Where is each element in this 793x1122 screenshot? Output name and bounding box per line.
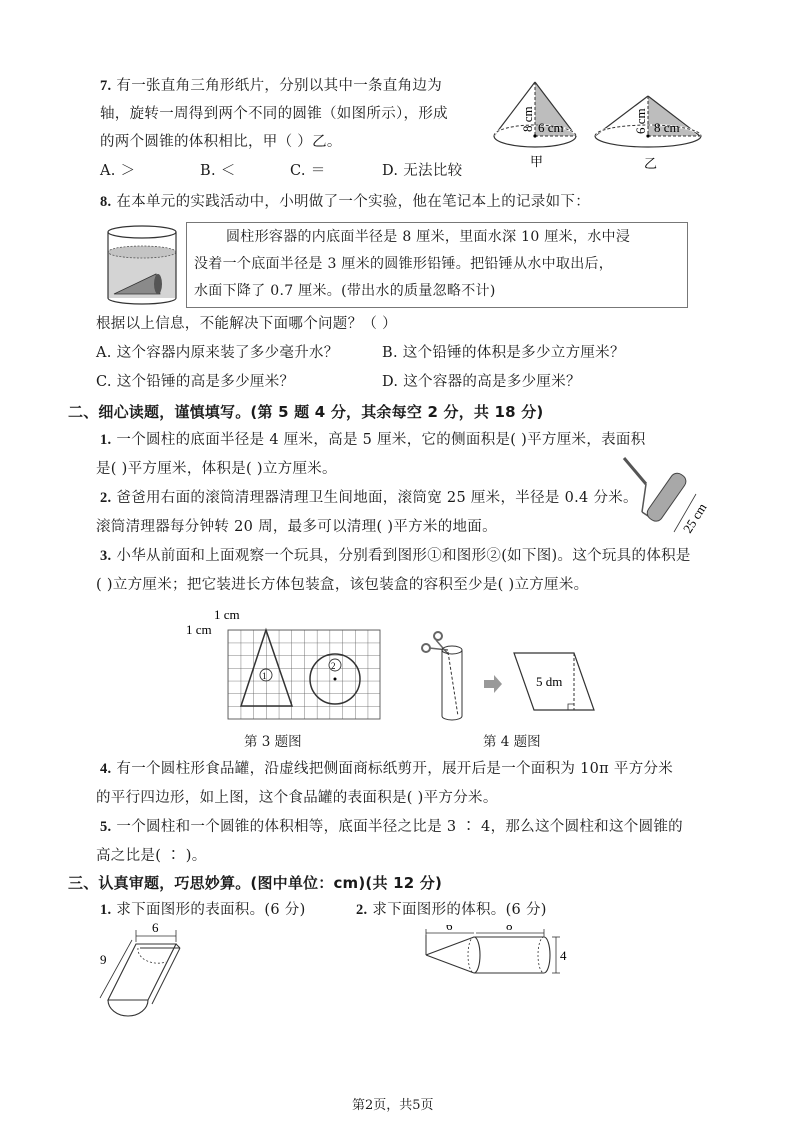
s2-q3-line-2: ( )立方厘米；把它装进长方体包装盒，该包装盒的容积至少是( )立方厘米。 bbox=[96, 575, 588, 595]
svg-text:6 cm: 6 cm bbox=[633, 108, 648, 134]
s2-q1-line-1: 1. 一个圆柱的底面半径是 4 厘米，高是 5 厘米，它的侧面积是( )平方厘米… bbox=[100, 430, 646, 450]
svg-text:8: 8 bbox=[506, 925, 513, 933]
s2-q3-line-1: 3. 小华从前面和上面观察一个玩具，分别看到图形①和图形②(如下图)。这个玩具的… bbox=[100, 546, 691, 566]
svg-text:8 cm: 8 cm bbox=[520, 106, 535, 132]
arrow-right-icon bbox=[484, 675, 502, 693]
q4-figure-caption: 第 4 题图 bbox=[483, 730, 541, 750]
s2-q1-line-2: 是( )平方厘米，体积是( )立方厘米。 bbox=[96, 459, 337, 479]
q7-option-a[interactable]: A. ＞ bbox=[100, 161, 135, 181]
roller-figure: 25 cm bbox=[614, 450, 710, 536]
note-line-3: 水面下降了 0.7 厘米。(带出水的质量忽略不计) bbox=[194, 281, 496, 301]
cone-jia: 6 cm 8 cm 甲 bbox=[494, 82, 576, 169]
q7-option-d[interactable]: D. 无法比较 bbox=[382, 161, 462, 181]
s3-q1: 1. 求下面图形的表面积。(6 分) bbox=[100, 900, 306, 920]
page-footer: 第2页，共5页 bbox=[352, 1094, 434, 1113]
svg-text:1 cm: 1 cm bbox=[214, 607, 240, 622]
note-line-2: 没着一个底面半径是 3 厘米的圆锥形铅锤。把铅锤从水中取出后， bbox=[194, 254, 613, 274]
q8-option-b[interactable]: B. 这个铅锤的体积是多少立方厘米？ bbox=[382, 343, 625, 363]
svg-text:5 dm: 5 dm bbox=[536, 674, 562, 689]
svg-text:4: 4 bbox=[560, 948, 567, 963]
q4-figure: 5 dm bbox=[414, 628, 614, 723]
q8-intro: 8. 在本单元的实践活动中，小明做了一个实验，他在笔记本上的记录如下： bbox=[100, 192, 590, 212]
cone-yi-label: 乙 bbox=[644, 156, 657, 171]
beaker-figure bbox=[104, 222, 180, 306]
svg-text:1 cm: 1 cm bbox=[186, 622, 212, 637]
svg-text:6: 6 bbox=[152, 920, 159, 935]
q7-option-b[interactable]: B. ＜ bbox=[200, 161, 236, 181]
q8-question: 根据以上信息，不能解决下面哪个问题？（ ） bbox=[96, 314, 397, 334]
section-3-title: 三、认真审题，巧思妙算。(图中单位：cm)(共 12 分) bbox=[68, 872, 442, 893]
svg-text:6: 6 bbox=[446, 925, 453, 933]
cone-jia-label: 甲 bbox=[530, 154, 543, 169]
s2-q5-line-1: 5. 一个圆柱和一个圆锥的体积相等，底面半径之比是 3 ∶ 4，那么这个圆柱和这… bbox=[100, 817, 683, 837]
s2-q5-line-2: 高之比是( ∶ )。 bbox=[96, 846, 207, 866]
svg-text:1: 1 bbox=[262, 671, 267, 681]
q8-number: 8. bbox=[100, 194, 111, 210]
q8-option-c[interactable]: C. 这个铅锤的高是多少厘米？ bbox=[96, 372, 294, 392]
cones-figure: 6 cm 8 cm 甲 8 cm 6 cm 乙 bbox=[480, 72, 710, 182]
svg-text:9: 9 bbox=[100, 952, 107, 967]
q7-number: 7. bbox=[100, 78, 111, 94]
q8-option-d[interactable]: D. 这个容器的高是多少厘米？ bbox=[382, 372, 581, 392]
q7-line-3: 的两个圆锥的体积相比，甲（ ）乙。 bbox=[100, 132, 342, 152]
s2-q4-line-1: 4. 有一个圆柱形食品罐，沿虚线把侧面商标纸剪开，展开后是一个面积为 10π 平… bbox=[100, 759, 673, 779]
q3-grid-figure: 1 cm 1 cm 1 2 bbox=[186, 603, 386, 721]
svg-text:25 cm: 25 cm bbox=[680, 500, 710, 535]
note-line-1: 圆柱形容器的内底面半径是 8 厘米，里面水深 10 厘米，水中浸 bbox=[226, 227, 630, 247]
cone-cylinder-figure: 6 8 4 bbox=[420, 925, 570, 985]
svg-text:6 cm: 6 cm bbox=[538, 120, 564, 135]
q3-figure-caption: 第 3 题图 bbox=[244, 730, 302, 750]
q7-line-1: 7. 有一张直角三角形纸片，分别以其中一条直角边为 bbox=[100, 76, 442, 96]
scissors-icon bbox=[422, 632, 448, 654]
half-cylinder-figure: 6 9 bbox=[96, 920, 206, 1020]
q8-option-a[interactable]: A. 这个容器内原来装了多少毫升水？ bbox=[96, 343, 339, 363]
s2-q2-line-2: 滚筒清理器每分钟转 20 周，最多可以清理( )平方米的地面。 bbox=[96, 517, 497, 537]
s2-q4-line-2: 的平行四边形，如上图，这个食品罐的表面积是( )平方分米。 bbox=[96, 788, 498, 808]
svg-text:2: 2 bbox=[331, 661, 336, 671]
q7-option-c[interactable]: C. ＝ bbox=[290, 161, 326, 181]
svg-text:8 cm: 8 cm bbox=[654, 120, 680, 135]
section-2-title: 二、细心读题，谨慎填写。(第 5 题 4 分，其余每空 2 分，共 18 分) bbox=[68, 401, 543, 422]
s2-q2-line-1: 2. 爸爸用右面的滚筒清理器清理卫生间地面，滚筒宽 25 厘米，半径是 0.4 … bbox=[100, 488, 638, 508]
s3-q2: 2. 求下面图形的体积。(6 分) bbox=[356, 900, 547, 920]
q7-line-2: 轴，旋转一周得到两个不同的圆锥（如图所示），形成 bbox=[100, 104, 448, 124]
cone-yi: 8 cm 6 cm 乙 bbox=[595, 96, 701, 171]
